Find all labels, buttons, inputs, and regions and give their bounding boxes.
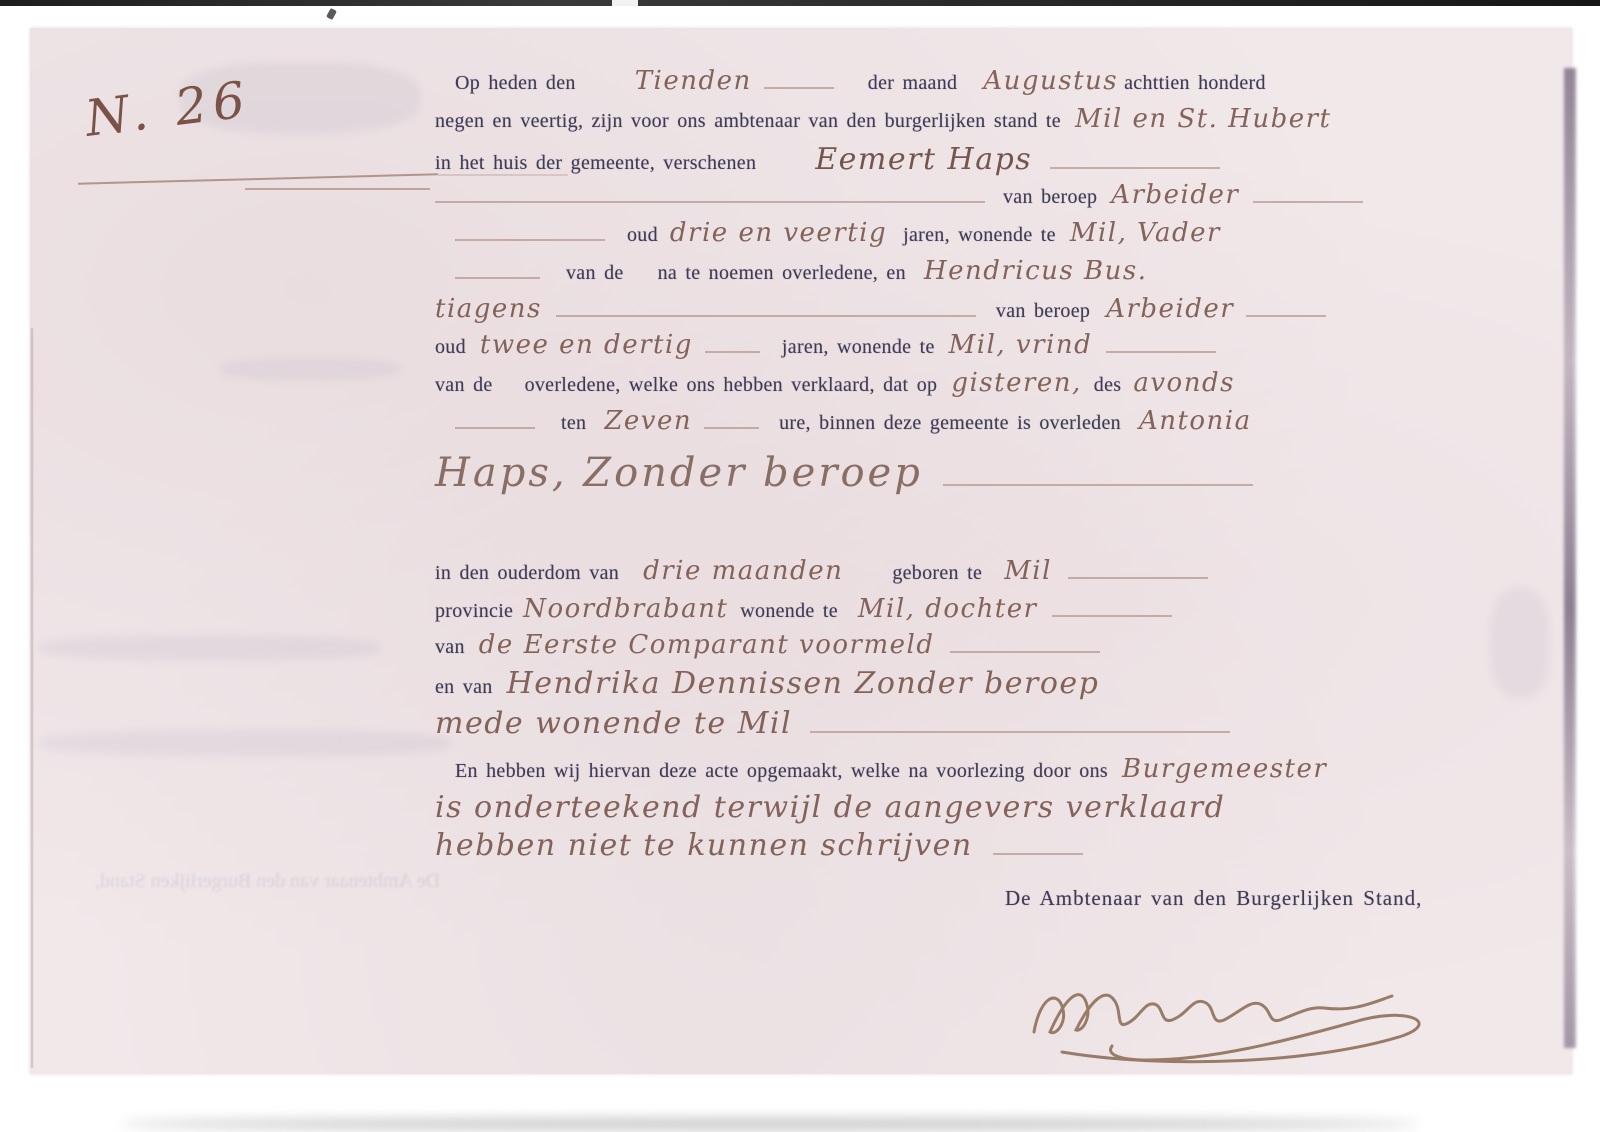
act-number-underline (78, 173, 438, 184)
hw-province: Noordbrabant (523, 594, 728, 624)
line-age1: oud drie en veertig jaren, wonende te Mi… (455, 218, 1221, 248)
printed-overledene: overledene, welke ons hebben verklaard, … (525, 374, 938, 396)
printed-huis: in het huis der gemeente, verschenen (435, 152, 756, 174)
scanned-death-certificate: De Ambtenaar van den Burgerlijken Stand,… (0, 0, 1600, 1132)
certificate-paper: De Ambtenaar van den Burgerlijken Stand,… (30, 28, 1572, 1074)
hw-declarant2-name: Hendricus Bus. (924, 256, 1148, 286)
line-registrar-title: De Ambtenaar van den Burgerlijken Stand, (1005, 886, 1422, 911)
hw-hour: Zeven (604, 406, 692, 436)
hw-daypart: avonds (1133, 368, 1235, 398)
printed-ure: ure, binnen deze gemeente is overleden (779, 412, 1121, 434)
fill-rule (1106, 347, 1216, 353)
printed-geboren: geboren te (892, 562, 982, 584)
hw-mother: Hendrika Dennissen Zonder beroep (507, 666, 1100, 701)
hw-residence2: Mil, vrind (949, 330, 1093, 360)
hw-declarant1-name: Eemert Haps (815, 142, 1032, 177)
printed-des: des (1094, 374, 1122, 396)
line-cannot-write: hebben niet te kunnen schrijven (435, 828, 1083, 863)
printed-envan: en van (435, 676, 493, 698)
fill-rule (993, 849, 1083, 855)
hw-burgemeester: Burgemeester (1122, 754, 1327, 784)
line-declarant1: in het huis der gemeente, verschenen Eem… (435, 142, 1220, 177)
fill-rule (455, 423, 535, 429)
hw-age-deceased: drie maanden (643, 556, 843, 586)
act-number-underline-2 (245, 188, 430, 190)
line-declarant2: van de na te noemen overledene, en Hendr… (455, 256, 1147, 286)
line-occupation1: van beroep Arbeider (435, 180, 1363, 210)
printed-vande2: van de (435, 374, 493, 396)
printed-beroep2: van beroep (996, 300, 1090, 322)
line-date: Op heden den Tienden der maand Augustus … (455, 66, 1266, 96)
printed-ouderdom: in den ouderdom van (435, 562, 619, 584)
hw-age1: drie en veertig (670, 218, 887, 248)
scanner-shadow-bottom (120, 1118, 1420, 1130)
line-age2: oud twee en dertig jaren, wonende te Mil… (435, 330, 1216, 360)
printed-jaren2: jaren, wonende te (782, 336, 935, 358)
fill-rule (950, 647, 1100, 653)
fill-rule (764, 83, 834, 89)
printed-vande1: van de (566, 262, 624, 284)
bleed-through-text: De Ambtenaar van den Burgerlijken Stand, (95, 870, 440, 893)
hw-death-day: gisteren, (951, 368, 1081, 398)
printed-van: van (435, 636, 465, 658)
line-age-of-deceased: in den ouderdom van drie maanden geboren… (435, 556, 1208, 586)
line-occupation2: tiagens van beroep Arbeider (435, 294, 1326, 324)
fill-rule (1246, 311, 1326, 317)
printed-slot: En hebben wij hiervan deze acte opgemaak… (455, 760, 1108, 782)
fill-rule (704, 423, 759, 429)
bleed-through-smudge (220, 358, 400, 380)
fill-rule (1253, 197, 1363, 203)
fill-rule (1052, 611, 1172, 617)
line-closing: En hebben wij hiervan deze acte opgemaak… (455, 754, 1327, 784)
line-declaration: van de overledene, welke ons hebben verk… (435, 368, 1235, 398)
fill-rule (1068, 573, 1208, 579)
hw-age2: twee en dertig (480, 330, 693, 360)
printed-jaren1: jaren, wonende te (903, 224, 1056, 246)
hw-declarant2-name-cont: tiagens (435, 294, 542, 324)
fill-rule (455, 235, 605, 241)
fill-rule (435, 197, 985, 203)
printed-registrar: De Ambtenaar van den Burgerlijken Stand, (1005, 886, 1422, 910)
hw-closing1: is onderteekend terwijl de aangevers ver… (435, 790, 1225, 825)
printed-dermaand: der maand (868, 72, 958, 94)
hw-birthplace: Mil (1004, 556, 1052, 586)
scanner-edge-top (0, 0, 1600, 6)
registrar-signature (1020, 940, 1450, 1090)
hw-residence1: Mil, Vader (1070, 218, 1221, 248)
line-signed-statement: is onderteekend terwijl de aangevers ver… (435, 790, 1225, 825)
hw-day: Tienden (635, 66, 752, 96)
printed-oud1: oud (627, 224, 658, 246)
hw-father: de Eerste Comparant voormeld (479, 630, 935, 660)
hw-occupation1: Arbeider (1111, 180, 1239, 210)
fill-rule (1050, 163, 1220, 169)
printed-opheden: Op heden den (455, 72, 576, 94)
printed-oud2: oud (435, 336, 466, 358)
line-father: van de Eerste Comparant voormeld (435, 630, 1100, 660)
printed-achttien: achttien honderd (1124, 72, 1266, 94)
scanner-edge-gap (612, 0, 638, 6)
bleed-through-smudge (40, 636, 380, 660)
fill-rule (455, 273, 540, 279)
hw-month: Augustus (983, 66, 1118, 96)
fill-rule (943, 480, 1253, 486)
printed-beroep1: van beroep (1003, 186, 1097, 208)
bleed-through-smudge (40, 730, 450, 756)
printed-ten: ten (561, 412, 586, 434)
line-mother: en van Hendrika Dennissen Zonder beroep (435, 666, 1099, 701)
line-mother-residence: mede wonende te Mil (435, 706, 1230, 741)
hw-deceased-name: Haps, Zonder beroep (435, 450, 923, 496)
printed-provincie: provincie (435, 600, 513, 622)
fill-rule (705, 347, 760, 353)
fill-rule (810, 727, 1230, 733)
bleed-through-smudge (1490, 588, 1550, 698)
hw-place: Mil en St. Hubert (1075, 104, 1332, 134)
hw-deceased-firstname: Antonia (1139, 406, 1252, 436)
hw-residence3: Mil, dochter (858, 594, 1038, 624)
printed-regel2: negen en veertig, zijn voor ons ambtenaa… (435, 110, 1061, 132)
paper-binding-edge (1564, 68, 1576, 1048)
printed-wonende: wonende te (740, 600, 838, 622)
line-deceased-name: Haps, Zonder beroep (435, 450, 1253, 496)
line-province: provincie Noordbrabant wonende te Mil, d… (435, 594, 1172, 624)
hw-occupation2: Arbeider (1106, 294, 1234, 324)
hw-closing2: hebben niet te kunnen schrijven (435, 828, 973, 863)
line-year-place: negen en veertig, zijn voor ons ambtenaa… (435, 104, 1332, 134)
printed-natenoemen: na te noemen overledene, en (658, 262, 906, 284)
scanner-speck (326, 8, 337, 20)
paper-crease (31, 328, 33, 1068)
hw-mother-residence: mede wonende te Mil (435, 706, 792, 741)
act-number: N. 26 (82, 70, 254, 148)
fill-rule (556, 311, 976, 317)
line-hour: ten Zeven ure, binnen deze gemeente is o… (455, 406, 1252, 436)
